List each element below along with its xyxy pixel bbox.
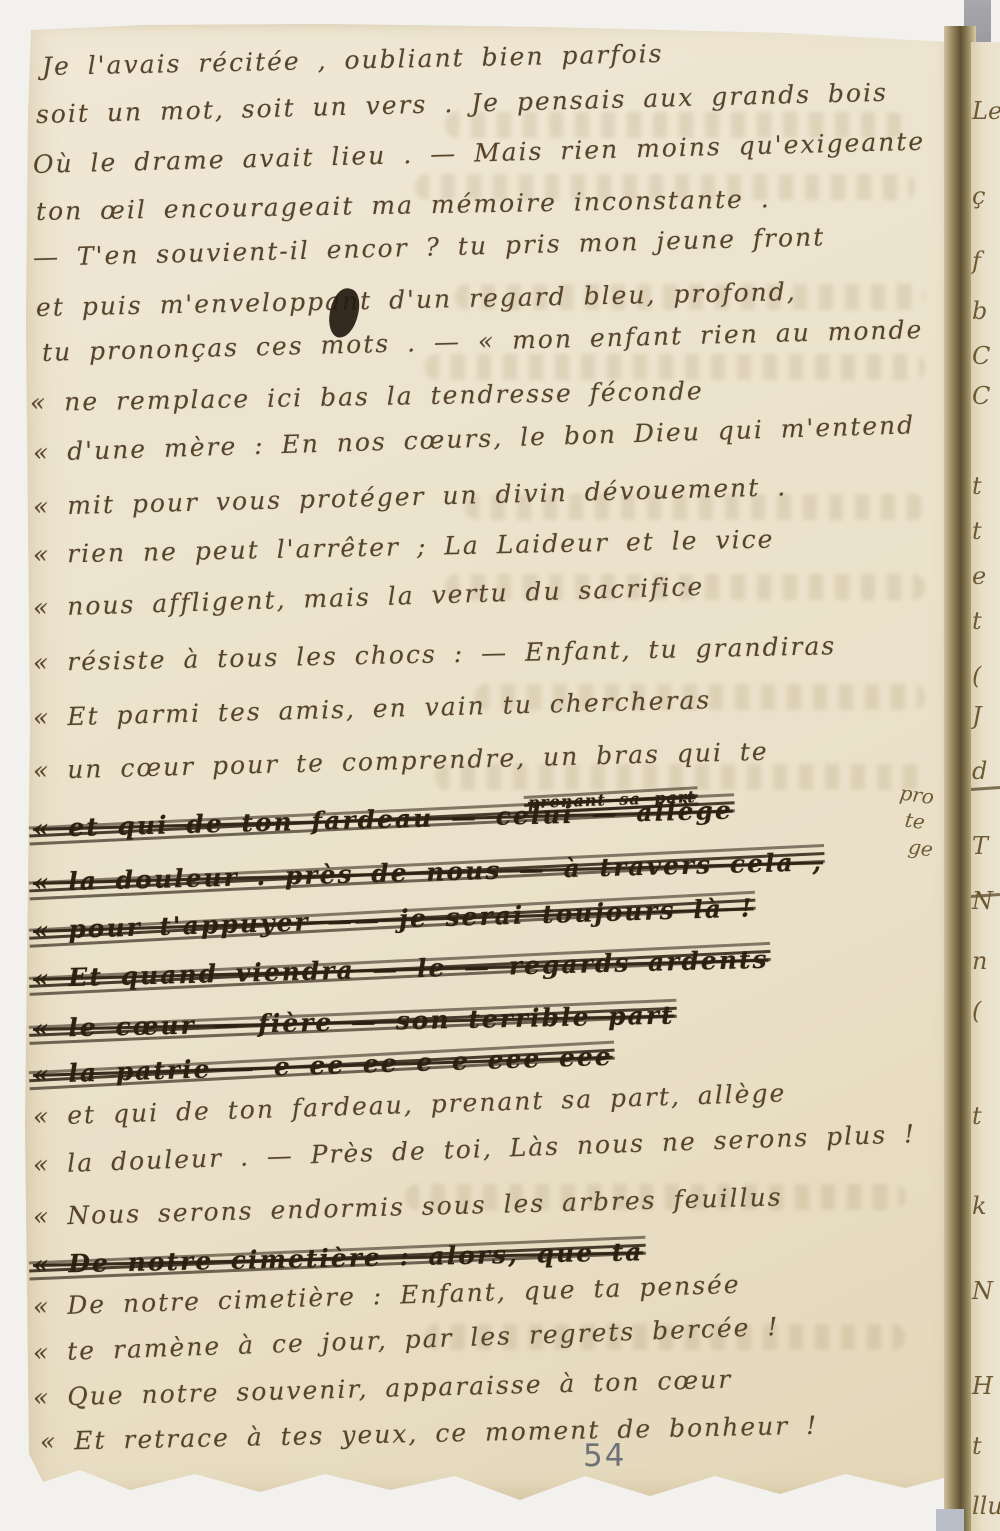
manuscript-line: « rien ne peut l'arrêter ; La Laideur et…	[33, 524, 775, 569]
struck-line: « le cœur — fière — son terrible part	[33, 1001, 675, 1043]
adjacent-page-text-fragment: t	[972, 472, 982, 500]
adjacent-page-text-fragment: C	[972, 382, 990, 410]
manuscript-line: « nous affligent, mais la vertu du sacri…	[33, 572, 705, 622]
manuscript-line: « Et parmi tes amis, en vain tu chercher…	[33, 685, 712, 732]
adjacent-page-text-fragment: llu	[972, 1492, 1000, 1520]
adjacent-page-text-fragment: b	[972, 297, 987, 325]
manuscript-line: « Et retrace à tes yeux, ce moment de bo…	[40, 1411, 819, 1456]
adjacent-page-text-fragment: d	[972, 757, 987, 785]
manuscript-line: Où le drame avait lieu . — Mais rien moi…	[33, 127, 926, 179]
margin-note-part: te	[903, 807, 938, 837]
adjacent-page-text-fragment: t	[972, 517, 982, 545]
page-number: 54	[583, 1438, 626, 1474]
adjacent-page-text-fragment: (	[972, 662, 981, 690]
manuscript-line: « te ramène à ce jour, par les regrets b…	[32, 1312, 779, 1367]
struck-line: « Et quand viendra — le — regards ardent…	[33, 945, 769, 993]
adjacent-page-text-fragment: J	[972, 702, 982, 730]
adjacent-page-text-fragment: N	[972, 1277, 993, 1305]
manuscript-line: soit un mot, soit un vers . Je pensais a…	[36, 78, 889, 129]
adjacent-page-text-fragment: t	[972, 1102, 982, 1130]
adjacent-page-text-fragment: n	[972, 947, 987, 975]
manuscript-line: Je l'avais récitée , oubliant bien parfo…	[42, 39, 664, 81]
manuscript-line: « et qui de ton fardeau, prenant sa part…	[33, 1078, 787, 1131]
manuscript-line: « mit pour vous protéger un divin dévoue…	[33, 472, 788, 521]
adjacent-page-text-fragment: t	[972, 607, 982, 635]
struck-line: « De notre cimetière : alors, que ta	[33, 1237, 644, 1279]
manuscript-line: ton œil encourageait ma mémoire inconsta…	[36, 184, 771, 226]
manuscript-line: « un cœur pour te comprendre, un bras qu…	[33, 737, 769, 785]
struck-line: « la patrie — e ee ee e e eee eee	[33, 1042, 614, 1089]
binding-tab-bottom	[936, 1509, 964, 1531]
adjacent-page-text-fragment: t	[972, 1432, 982, 1460]
adjacent-page-text-fragment: (	[972, 997, 981, 1025]
manuscript-photo: Je l'avais récitée , oubliant bien parfo…	[0, 0, 1000, 1531]
adjacent-page-text-fragment: C	[972, 342, 990, 370]
manuscript-line: « De notre cimetière : Enfant, que ta pe…	[33, 1270, 741, 1321]
manuscript-line: et puis m'enveloppant d'un regard bleu, …	[36, 277, 797, 322]
manuscript-line: « Que notre souvenir, apparaisse à ton c…	[33, 1365, 733, 1412]
manuscript-line: — T'en souvient-il encor ? tu pris mon j…	[33, 222, 826, 272]
adjacent-page-text-fragment: ç	[972, 182, 985, 210]
adjacent-page-text-fragment: e	[972, 562, 986, 590]
manuscript-text-layer: Je l'avais récitée , oubliant bien parfo…	[0, 0, 1000, 1531]
adjacent-page-rule	[971, 786, 1000, 791]
struck-line: « la douleur . près de nous — à travers …	[33, 847, 824, 897]
manuscript-line: tu prononças ces mots . — « mon enfant r…	[42, 315, 924, 367]
adjacent-page-text-fragment: Le	[972, 97, 1000, 125]
margin-note-part: pro	[898, 780, 942, 811]
adjacent-page-text-fragment: f	[972, 247, 981, 275]
manuscript-line: « Nous serons endormis sous les arbres f…	[33, 1182, 783, 1231]
manuscript-line: « résiste à tous les chocs : — Enfant, t…	[33, 631, 837, 677]
margin-note-part: ge	[907, 833, 935, 862]
adjacent-page-text-fragment: T	[972, 832, 988, 860]
adjacent-page-text-fragment: H	[972, 1372, 993, 1400]
manuscript-line: « ne remplace ici bas la tendresse fécon…	[30, 376, 704, 417]
manuscript-line: « la douleur . — Près de toi, Làs nous n…	[32, 1119, 916, 1179]
adjacent-page-text-fragment: k	[972, 1192, 987, 1220]
struck-line: « et qui de ton fardeau — celui — allège	[33, 796, 734, 843]
adjacent-page-text-fragment: N	[972, 887, 993, 915]
manuscript-line: « d'une mère : En nos cœurs, le bon Dieu…	[33, 410, 916, 467]
struck-line: « pour t'appuyer —— je serai toujours là…	[33, 893, 754, 945]
adjacent-page-strip: LeçfbCCttet(JdTNn(tkNHtllu	[971, 42, 1000, 1531]
